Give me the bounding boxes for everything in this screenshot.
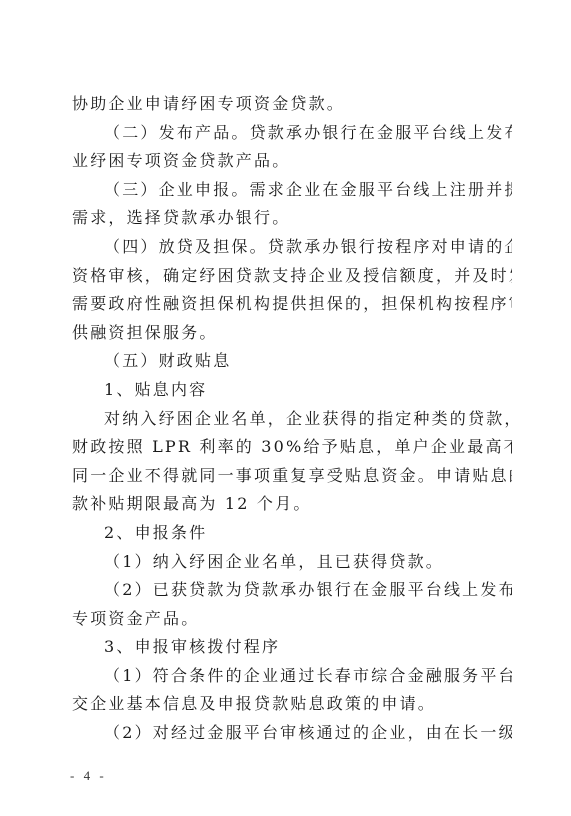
- paragraph-line: 3、申报审核拨付程序: [72, 633, 512, 662]
- paragraph-line: （三）企业申报。需求企业在金服平台线上注册并提交融资: [72, 176, 512, 205]
- paragraph-line: （四）放贷及担保。贷款承办银行按程序对申请的企业进行: [72, 233, 512, 262]
- paragraph-line: 款补贴期限最高为 12 个月。: [72, 490, 512, 519]
- page-number: - 4 -: [70, 768, 107, 784]
- paragraph-line: （2）已获贷款为贷款承办银行在金服平台线上发布的纾困: [72, 576, 512, 605]
- document-body: 协助企业申请纾困专项资金贷款。（二）发布产品。贷款承办银行在金服平台线上发布小微…: [72, 90, 512, 748]
- paragraph-line: 2、申报条件: [72, 519, 512, 548]
- paragraph-line: （五）财政贴息: [72, 347, 512, 376]
- paragraph-line: （二）发布产品。贷款承办银行在金服平台线上发布小微企: [72, 119, 512, 148]
- paragraph-line: 需要政府性融资担保机构提供担保的，担保机构按程序审核后提: [72, 290, 512, 319]
- paragraph-line: （1）符合条件的企业通过长春市综合金融服务平台线上提: [72, 662, 512, 691]
- paragraph-line: 协助企业申请纾困专项资金贷款。: [72, 90, 512, 119]
- paragraph-line: 对纳入纾困企业名单，企业获得的指定种类的贷款，由市级: [72, 405, 512, 434]
- paragraph-line: 财政按照 LPR 利率的 30%给予贴息，单户企业最高不超过 30 万元。: [72, 433, 512, 462]
- paragraph-line: 资格审核，确定纾困贷款支持企业及授信额度，并及时发放贷款。: [72, 262, 512, 291]
- paragraph-line: 1、贴息内容: [72, 376, 512, 405]
- paragraph-line: 供融资担保服务。: [72, 319, 512, 348]
- paragraph-line: 需求，选择贷款承办银行。: [72, 204, 512, 233]
- paragraph-line: （1）纳入纾困企业名单，且已获得贷款。: [72, 548, 512, 577]
- paragraph-line: 同一企业不得就同一事项重复享受贴息资金。申请贴息的单笔贷: [72, 462, 512, 491]
- paragraph-line: （2）对经过金服平台审核通过的企业，由在长一级金融机: [72, 719, 512, 748]
- paragraph-line: 专项资金产品。: [72, 605, 512, 634]
- paragraph-line: 交企业基本信息及申报贷款贴息政策的申请。: [72, 690, 512, 719]
- document-page: 协助企业申请纾困专项资金贷款。（二）发布产品。贷款承办银行在金服平台线上发布小微…: [0, 0, 571, 816]
- paragraph-line: 业纾困专项资金贷款产品。: [72, 147, 512, 176]
